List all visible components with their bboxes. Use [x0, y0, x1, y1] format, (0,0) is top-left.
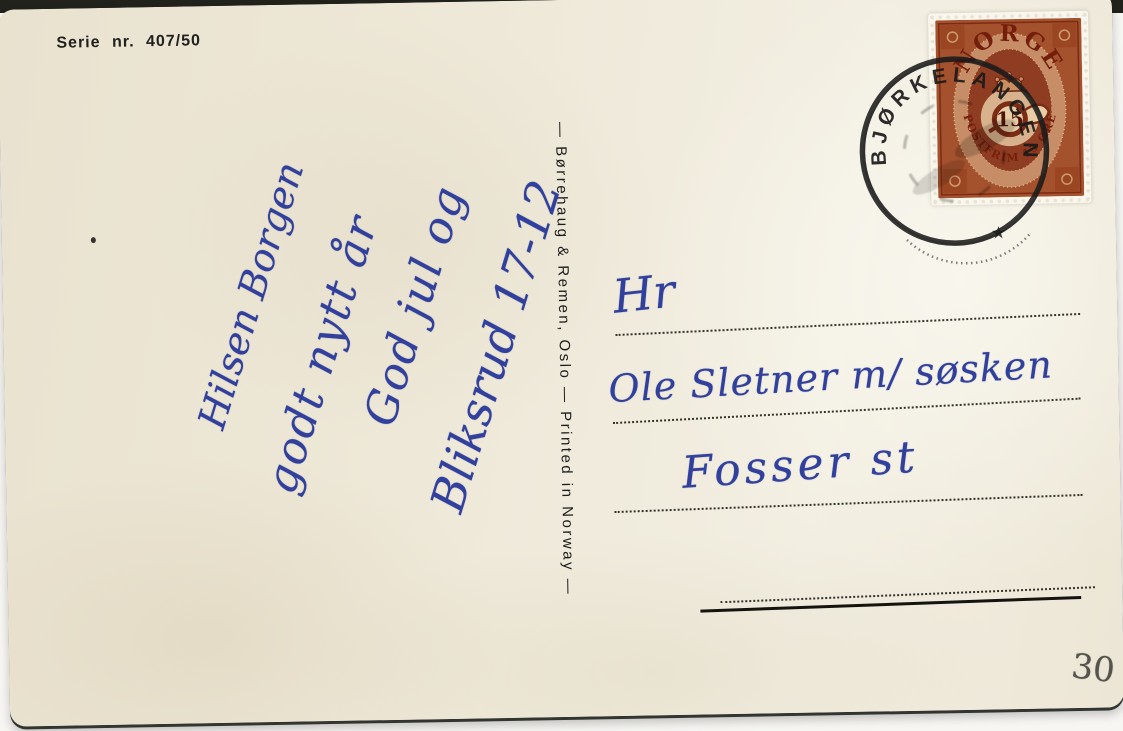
- ink-speck: [91, 237, 96, 243]
- bottom-rule: [700, 596, 1081, 613]
- postmark-town-text: BJØRKELANGEN: [866, 62, 1042, 166]
- address-salutation: Hr: [610, 263, 677, 323]
- svg-text:BJØRKELANGEN: BJØRKELANGEN: [866, 62, 1042, 166]
- address-dotted-line-4: [720, 586, 1095, 603]
- series-number-label: Serie nr. 407/50: [56, 32, 201, 53]
- postcard-scan: Serie nr. 407/50 — Børrehaug & Remen, Os…: [0, 0, 1123, 731]
- address-dotted-line-1: [616, 313, 1081, 336]
- postcard-back: Serie nr. 407/50 — Børrehaug & Remen, Os…: [0, 0, 1123, 727]
- address-addressee: Ole Sletner m/ søsken: [607, 342, 1054, 411]
- address-station: Fosser st: [680, 431, 920, 498]
- postmark-star-icon: ★: [991, 223, 1007, 242]
- postmark-smudge: [904, 100, 1022, 202]
- pencil-price-note: 30: [1069, 646, 1117, 691]
- postmark: BJØRKELANGEN ★: [849, 37, 1063, 271]
